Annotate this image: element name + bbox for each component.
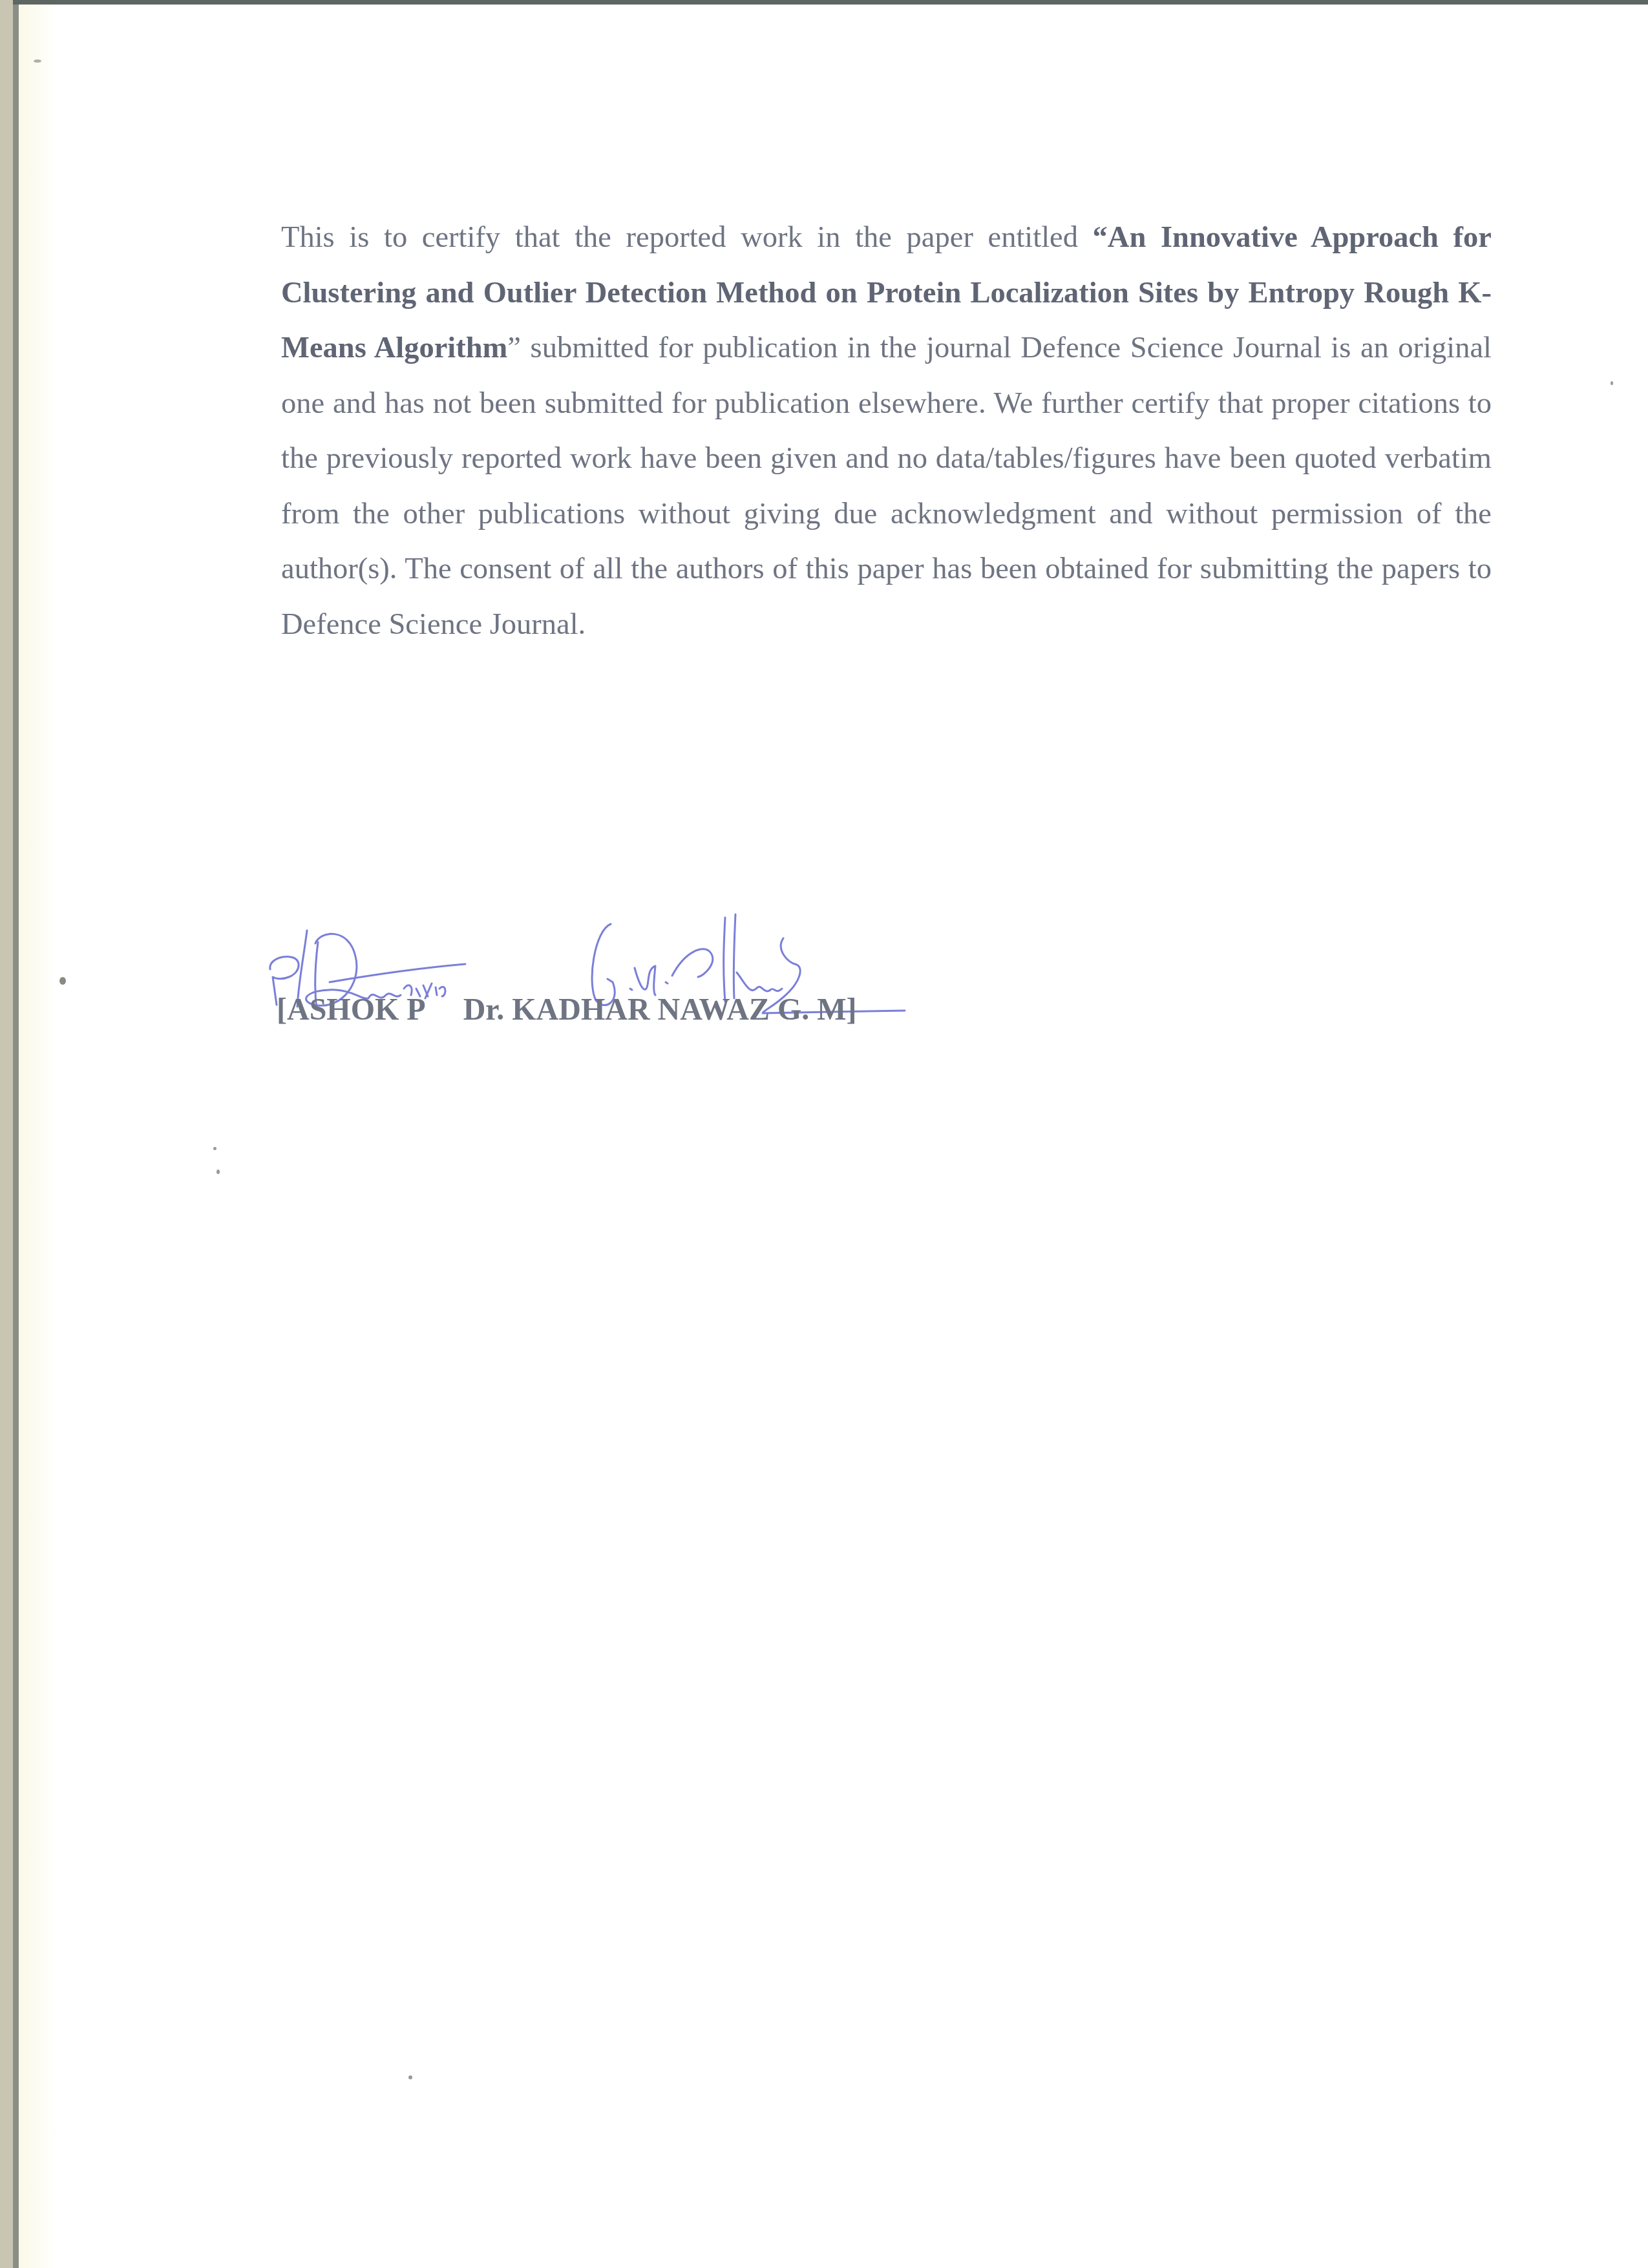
paper-title-open-quote: “: [1093, 221, 1108, 254]
certification-paragraph: This is to certify that the reported wor…: [281, 210, 1492, 652]
scan-edge-line: [13, 0, 19, 2268]
author-names: [ASHOK PDr. KADHAR NAWAZ G. M]: [277, 992, 857, 1027]
paragraph-rest: submitted for publication in the journal…: [281, 331, 1492, 641]
open-bracket: [: [277, 992, 287, 1027]
scan-speck: [408, 2075, 412, 2079]
scan-speck: [34, 59, 41, 63]
paragraph-intro: This is to certify that the reported wor…: [281, 221, 1093, 254]
scan-speck: [1611, 381, 1613, 385]
paper-title-close-quote: ”: [507, 331, 521, 364]
author-1-name: ASHOK P: [287, 992, 426, 1027]
scan-speck: [217, 1170, 220, 1174]
scan-edge-top: [13, 0, 1648, 5]
close-bracket: ]: [847, 992, 857, 1027]
scan-edge-left: [0, 0, 13, 2268]
author-2-name: Dr. KADHAR NAWAZ G. M: [463, 992, 847, 1027]
scan-speck: [213, 1147, 217, 1150]
scan-speck: [59, 977, 66, 985]
